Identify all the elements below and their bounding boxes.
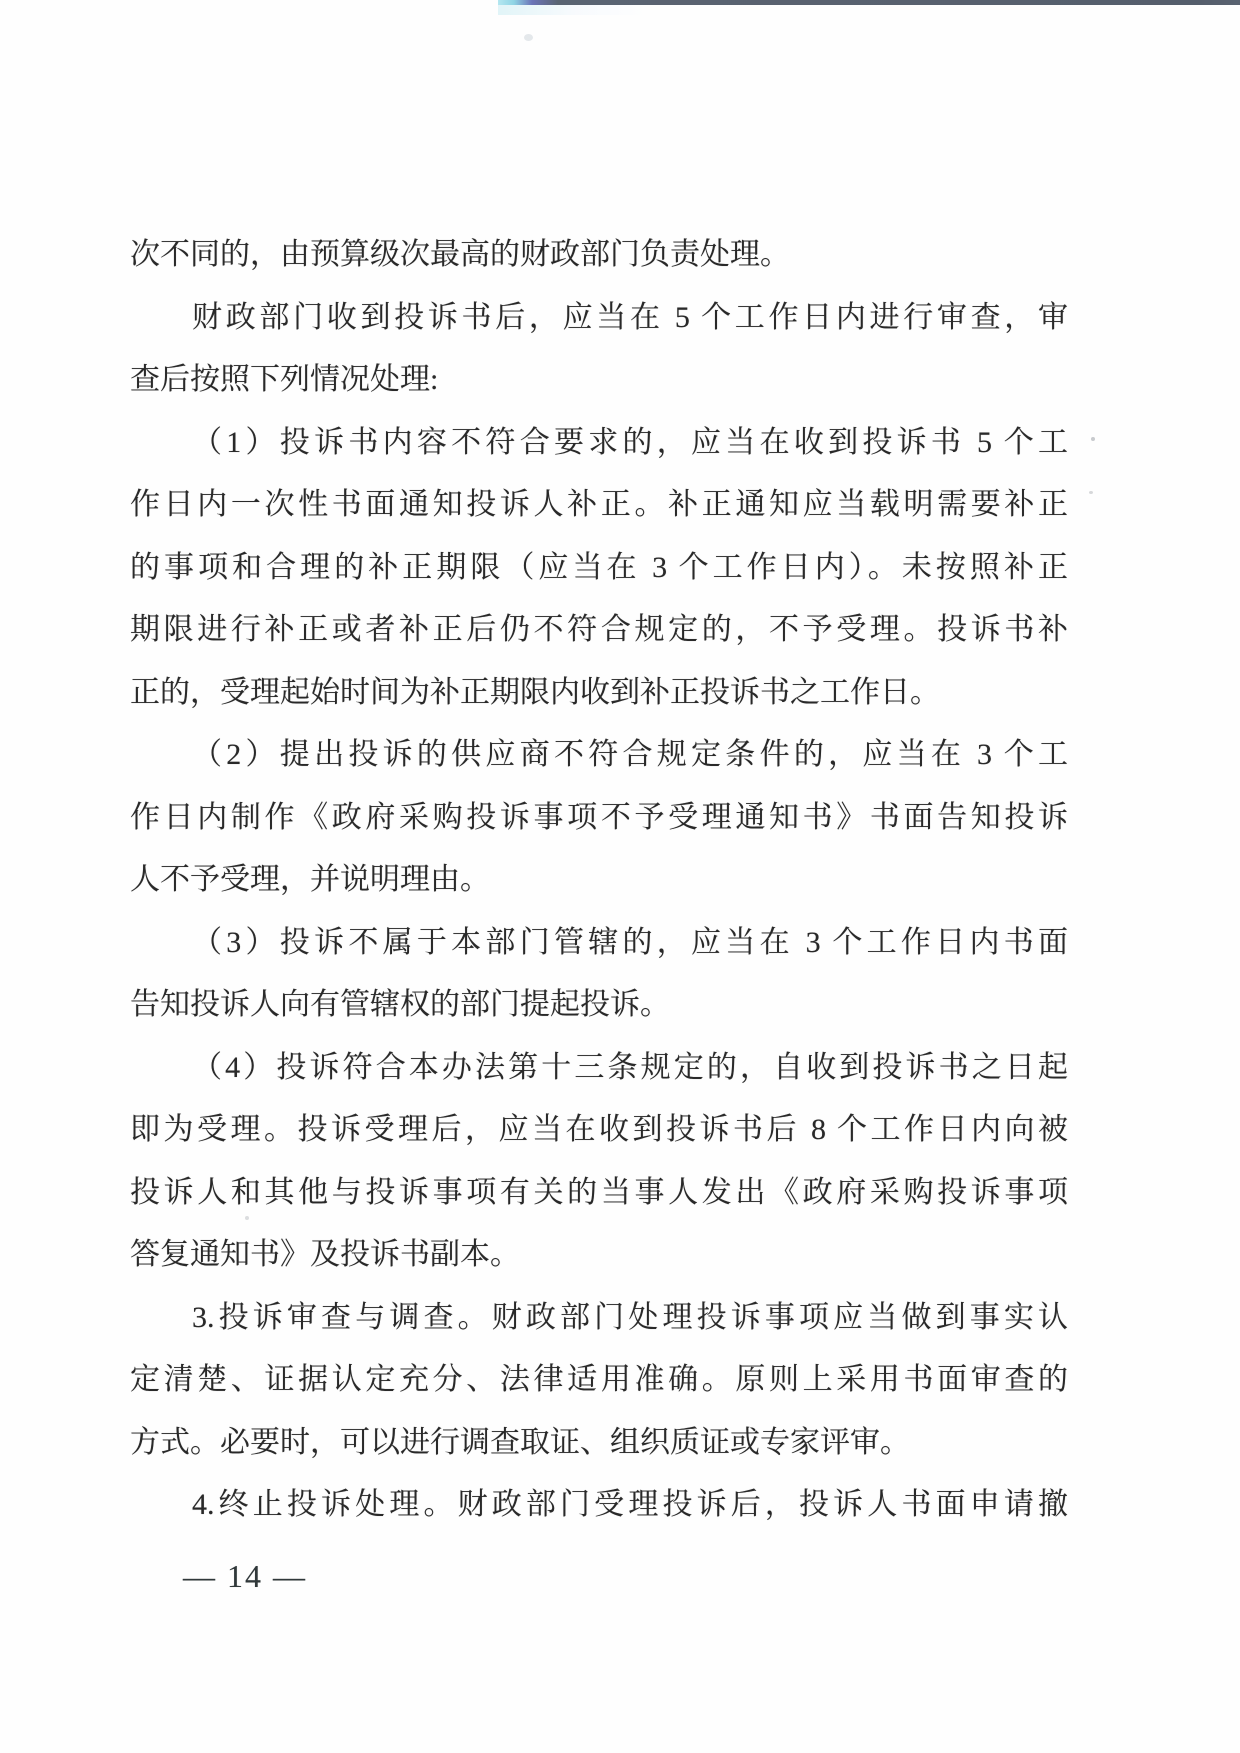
text-line: 4.终止投诉处理。财政部门受理投诉后，投诉人书面申请撤 [130,1474,1068,1537]
text-line: 作日内制作《政府采购投诉事项不予受理通知书》书面告知投诉 [130,787,1068,850]
text-line: 方式。必要时，可以进行调查取证、组织质证或专家评审。 [130,1412,1068,1475]
document-body: 次不同的，由预算级次最高的财政部门负责处理。 财政部门收到投诉书后，应当在 5 … [130,224,1068,1537]
text-line: 正的，受理起始时间为补正期限内收到补正投诉书之工作日。 [130,662,1068,725]
text-line: 查后按照下列情况处理: [130,349,1068,412]
text-line: 即为受理。投诉受理后，应当在收到投诉书后 8 个工作日内向被 [130,1099,1068,1162]
text-line: （4）投诉符合本办法第十三条规定的，自收到投诉书之日起 [130,1037,1068,1100]
scan-speck [1091,437,1095,441]
text-line: 的事项和合理的补正期限（应当在 3 个工作日内）。未按照补正 [130,537,1068,600]
text-line: 答复通知书》及投诉书副本。 [130,1224,1068,1287]
page-number: — 14 — [183,1558,307,1595]
text-line: 3.投诉审查与调查。财政部门处理投诉事项应当做到事实认 [130,1287,1068,1350]
scan-smudge-artifact [498,5,648,15]
scan-speck [1089,491,1093,494]
document-page: 次不同的，由预算级次最高的财政部门负责处理。 财政部门收到投诉书后，应当在 5 … [0,0,1240,1753]
text-line: 作日内一次性书面通知投诉人补正。补正通知应当载明需要补正 [130,474,1068,537]
text-line: 告知投诉人向有管辖权的部门提起投诉。 [130,974,1068,1037]
text-line: （3）投诉不属于本部门管辖的，应当在 3 个工作日内书面 [130,912,1068,975]
text-line: 定清楚、证据认定充分、法律适用准确。原则上采用书面审查的 [130,1349,1068,1412]
text-line: （1）投诉书内容不符合要求的，应当在收到投诉书 5 个工 [130,412,1068,475]
text-line: 次不同的，由预算级次最高的财政部门负责处理。 [130,224,1068,287]
scan-speck [524,34,533,41]
text-line: 人不予受理，并说明理由。 [130,849,1068,912]
text-line: （2）提出投诉的供应商不符合规定条件的，应当在 3 个工 [130,724,1068,787]
text-line: 期限进行补正或者补正后仍不符合规定的，不予受理。投诉书补 [130,599,1068,662]
text-line: 财政部门收到投诉书后，应当在 5 个工作日内进行审查，审 [130,287,1068,350]
text-line: 投诉人和其他与投诉事项有关的当事人发出《政府采购投诉事项 [130,1162,1068,1225]
